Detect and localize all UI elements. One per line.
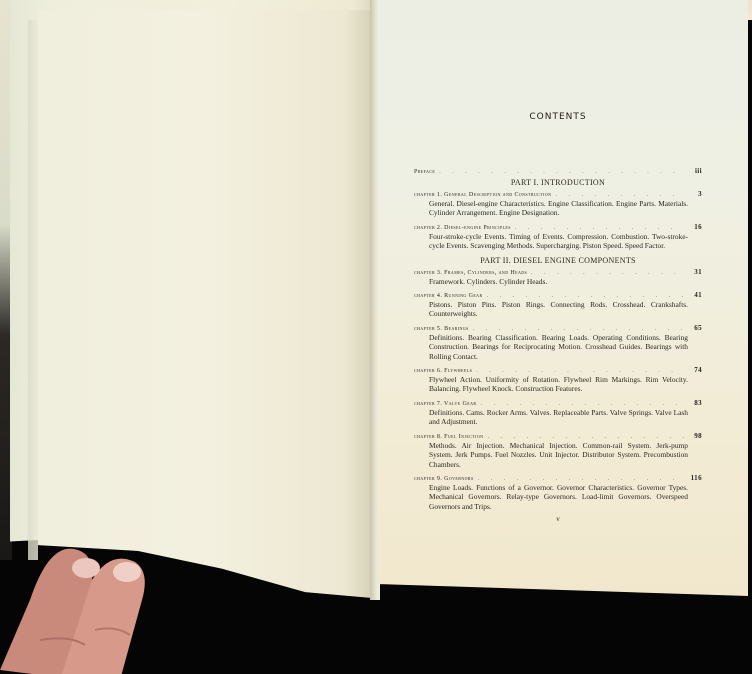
entry-page: 74 bbox=[688, 365, 702, 375]
entry-page: 16 bbox=[688, 222, 702, 232]
entry-page: 3 bbox=[688, 189, 702, 199]
toc-entry-chapter: chapter 4. Running Gear . . . . . . . . … bbox=[414, 290, 702, 300]
toc-entry-chapter: chapter 7. Valve Gear . . . . . . . . . … bbox=[414, 398, 702, 408]
table-of-contents: CONTENTS Preface . . . . . . . . . . . .… bbox=[414, 112, 702, 523]
chapter-description: Framework. Cylinders. Cylinder Heads. bbox=[414, 277, 702, 286]
toc-entry-chapter: chapter 8. Fuel Injection . . . . . . . … bbox=[414, 431, 702, 441]
entry-page: 41 bbox=[688, 290, 702, 300]
entry-page: 116 bbox=[688, 473, 702, 483]
toc-entry-preface: Preface . . . . . . . . . . . . . . . . … bbox=[414, 166, 702, 176]
entry-page: 83 bbox=[688, 398, 702, 408]
entry-page: iii bbox=[688, 166, 702, 176]
entry-page: 31 bbox=[688, 267, 702, 277]
toc-title: CONTENTS bbox=[414, 112, 702, 122]
toc-entry-chapter: chapter 5. Bearings . . . . . . . . . . … bbox=[414, 323, 702, 333]
chapter-description: Four-stroke-cycle Events. Timing of Even… bbox=[414, 232, 702, 251]
entry-page: 98 bbox=[688, 431, 702, 441]
page-folio: v bbox=[414, 515, 702, 523]
toc-entry-chapter: chapter 6. Flywheels . . . . . . . . . .… bbox=[414, 365, 702, 375]
chapter-description: Pistons. Piston Pins. Piston Rings. Conn… bbox=[414, 300, 702, 319]
entry-page: 65 bbox=[688, 323, 702, 333]
chapter-description: Flywheel Action. Uniformity of Rotation.… bbox=[414, 375, 702, 394]
photo-scene: CONTENTS Preface . . . . . . . . . . . .… bbox=[0, 0, 752, 674]
fingers-image bbox=[0, 540, 150, 674]
toc-entry-chapter: chapter 1. General Description and Const… bbox=[414, 189, 702, 199]
left-page-blank bbox=[38, 10, 372, 598]
toc-entry-chapter: chapter 2. Diesel-engine Principles . . … bbox=[414, 222, 702, 232]
entry-label: Preface bbox=[414, 167, 435, 177]
leader-dots: . . . . . . . . . . . . . . . . . . . . … bbox=[531, 268, 684, 278]
chapter-description: General. Diesel-engine Characteristics. … bbox=[414, 199, 702, 218]
chapter-description: Methods. Air Injection. Mechanical Injec… bbox=[414, 441, 702, 469]
left-page-edge bbox=[28, 20, 38, 560]
part-heading: PART I. INTRODUCTION bbox=[414, 177, 702, 189]
toc-entry-chapter: chapter 9. Governors . . . . . . . . . .… bbox=[414, 473, 702, 483]
chapter-description: Definitions. Bearing Classification. Bea… bbox=[414, 333, 702, 361]
part-heading: PART II. DIESEL ENGINE COMPONENTS bbox=[414, 255, 702, 267]
chapter-description: Definitions. Cams. Rocker Arms. Valves. … bbox=[414, 408, 702, 427]
chapter-description: Engine Loads. Functions of a Governor. G… bbox=[414, 483, 702, 511]
toc-entry-chapter: chapter 3. Frames, Cylinders, and Heads … bbox=[414, 267, 702, 277]
leader-dots: . . . . . . . . . . . . . . . . . . . . … bbox=[439, 167, 684, 177]
